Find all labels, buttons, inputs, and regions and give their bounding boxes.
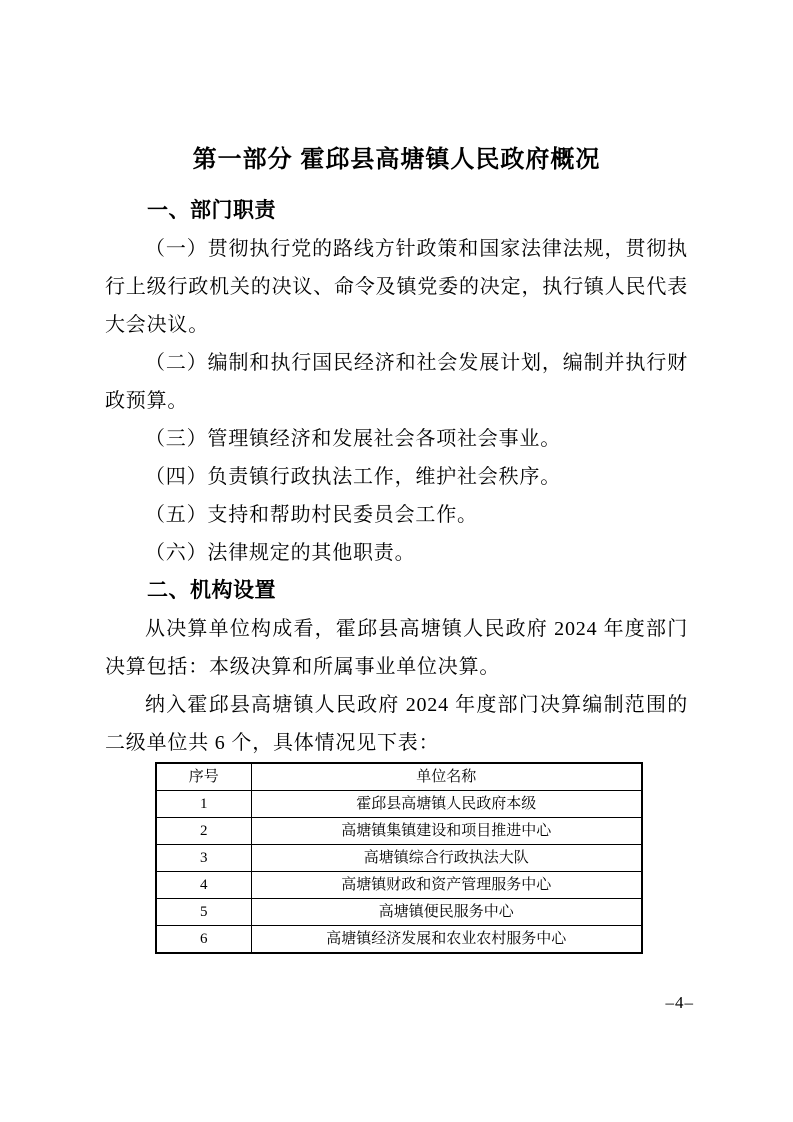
table-row: 5 高塘镇便民服务中心: [156, 899, 642, 926]
cell-index: 1: [156, 791, 251, 818]
table-row: 3 高塘镇综合行政执法大队: [156, 845, 642, 872]
page-title: 第一部分 霍邱县高塘镇人民政府概况: [105, 0, 688, 178]
cell-unit-name: 高塘镇综合行政执法大队: [251, 845, 642, 872]
cell-unit-name: 高塘镇集镇建设和项目推进中心: [251, 818, 642, 845]
section-heading-structure: 二、机构设置: [105, 572, 688, 610]
table-header-row: 序号 单位名称: [156, 763, 642, 791]
cell-unit-name: 高塘镇便民服务中心: [251, 899, 642, 926]
cell-index: 3: [156, 845, 251, 872]
header-cell-unit-name: 单位名称: [251, 763, 642, 791]
duty-paragraph-4: （四）负责镇行政执法工作，维护社会秩序。: [105, 458, 688, 496]
duty-paragraph-3: （三）管理镇经济和发展社会各项社会事业。: [105, 420, 688, 458]
table-row: 6 高塘镇经济发展和农业农村服务中心: [156, 926, 642, 954]
header-cell-index: 序号: [156, 763, 251, 791]
table-row: 4 高塘镇财政和资产管理服务中心: [156, 872, 642, 899]
cell-unit-name: 高塘镇经济发展和农业农村服务中心: [251, 926, 642, 954]
table-row: 1 霍邱县高塘镇人民政府本级: [156, 791, 642, 818]
duty-paragraph-1: （一）贯彻执行党的路线方针政策和国家法律法规，贯彻执行上级行政机关的决议、命令及…: [105, 230, 688, 344]
duty-paragraph-2: （二）编制和执行国民经济和社会发展计划，编制并执行财政预算。: [105, 344, 688, 420]
cell-index: 5: [156, 899, 251, 926]
subordinate-units-table: 序号 单位名称 1 霍邱县高塘镇人民政府本级 2 高塘镇集镇建设和项目推进中心 …: [155, 762, 643, 954]
duty-paragraph-5: （五）支持和帮助村民委员会工作。: [105, 496, 688, 534]
structure-paragraph-2: 纳入霍邱县高塘镇人民政府 2024 年度部门决算编制范围的二级单位共 6 个，具…: [105, 686, 688, 762]
cell-unit-name: 高塘镇财政和资产管理服务中心: [251, 872, 642, 899]
document-page: 第一部分 霍邱县高塘镇人民政府概况 一、部门职责 （一）贯彻执行党的路线方针政策…: [105, 0, 688, 954]
cell-unit-name: 霍邱县高塘镇人民政府本级: [251, 791, 642, 818]
section-heading-duties: 一、部门职责: [105, 192, 688, 230]
page-number: –4–: [666, 993, 695, 1013]
structure-paragraph-1: 从决算单位构成看，霍邱县高塘镇人民政府 2024 年度部门决算包括：本级决算和所…: [105, 610, 688, 686]
cell-index: 4: [156, 872, 251, 899]
duty-paragraph-6: （六）法律规定的其他职责。: [105, 534, 688, 572]
cell-index: 6: [156, 926, 251, 954]
table-row: 2 高塘镇集镇建设和项目推进中心: [156, 818, 642, 845]
cell-index: 2: [156, 818, 251, 845]
